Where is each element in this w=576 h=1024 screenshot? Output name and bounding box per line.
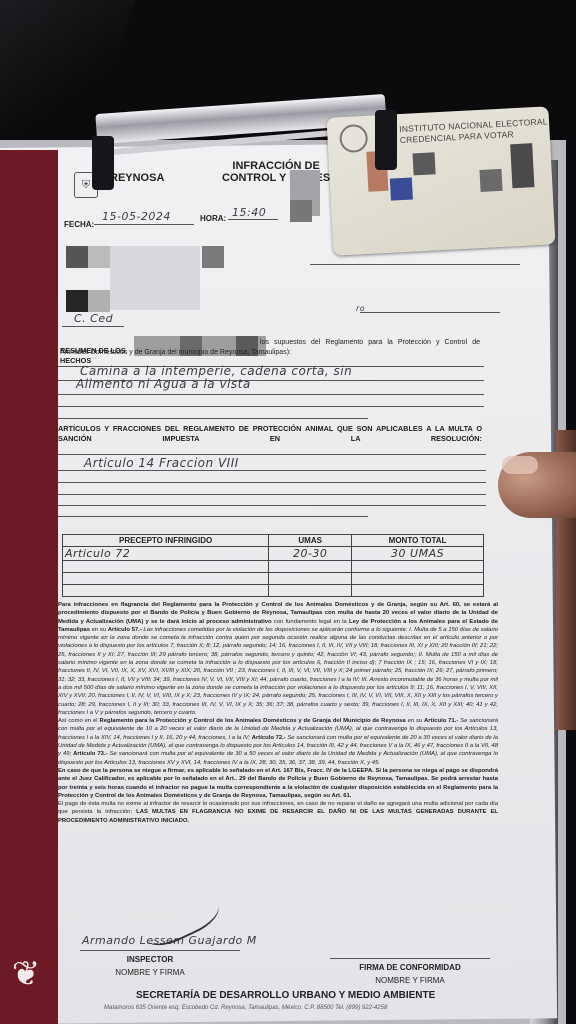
legal-p3: En caso de que la persona se niegue a fi… bbox=[58, 768, 498, 799]
articles-field[interactable]: Articulo 14 Fraccion VIII bbox=[84, 456, 239, 470]
table-row: Articulo 72 20-30 30 UMAS bbox=[63, 547, 484, 561]
date-label: FECHA: bbox=[64, 220, 94, 229]
clip-hook-right bbox=[375, 110, 397, 170]
clip-hook-left bbox=[92, 136, 114, 190]
articles-line bbox=[58, 482, 486, 483]
time-underline bbox=[228, 219, 278, 220]
legal-art73: Artículo 73.- bbox=[73, 751, 107, 757]
col-umas-header: UMAS bbox=[269, 535, 352, 547]
umas-cell[interactable] bbox=[269, 585, 352, 597]
maroon-side-band: ❦ bbox=[0, 150, 58, 1024]
time-field[interactable]: 15:40 bbox=[232, 206, 266, 219]
legal-paragraph-2: Así como en el Reglamento para la Protec… bbox=[58, 717, 498, 767]
umas-cell[interactable] bbox=[269, 573, 352, 585]
legal-art72: Artículo 72.- bbox=[252, 735, 286, 741]
name-field[interactable]: C. Ced bbox=[74, 312, 113, 325]
table-row bbox=[63, 573, 484, 585]
id-card-issuer: INSTITUTO NACIONAL ELECTORAL CREDENCIAL … bbox=[399, 116, 549, 146]
total-cell[interactable] bbox=[352, 573, 484, 585]
conformity-signature-line bbox=[330, 958, 490, 959]
voter-id-card: INSTITUTO NACIONAL ELECTORAL CREDENCIAL … bbox=[327, 106, 556, 255]
redacted-block bbox=[110, 246, 200, 310]
table-row bbox=[63, 561, 484, 573]
legal-p2-mid: en su bbox=[406, 718, 424, 724]
legal-text: Para infracciones en flagrancia del Regl… bbox=[58, 601, 498, 825]
conformity-role: FIRMA DE CONFORMIDAD bbox=[340, 963, 480, 972]
precept-cell[interactable]: Articulo 72 bbox=[63, 547, 269, 561]
col-precept-header: PRECEPTO INFRINGIDO bbox=[63, 535, 269, 547]
umas-cell[interactable] bbox=[269, 561, 352, 573]
field-underline bbox=[310, 264, 520, 265]
legal-art73-text: Se sancionará con multa por el equivalen… bbox=[58, 751, 498, 765]
articles-line bbox=[58, 454, 486, 455]
precept-cell[interactable] bbox=[63, 561, 269, 573]
legal-p2-bold: Reglamento para la Protección y Control … bbox=[99, 718, 405, 724]
legal-paragraph-1: Para infracciones en flagrancia del Regl… bbox=[58, 601, 498, 717]
summary-instructions: los supuestos del Reglamento para la Pro… bbox=[60, 338, 480, 358]
date-field[interactable]: 15-05-2024 bbox=[102, 210, 171, 223]
total-cell[interactable]: 30 UMAS bbox=[352, 547, 484, 561]
redacted-block bbox=[390, 178, 413, 201]
redacted-block bbox=[413, 152, 436, 175]
precept-cell[interactable] bbox=[63, 585, 269, 597]
time-label: HORA: bbox=[200, 214, 226, 223]
summary-line bbox=[58, 406, 484, 407]
articles-heading: ARTÍCULOS Y FRACCIONES DEL REGLAMENTO DE… bbox=[58, 424, 482, 444]
redacted-block bbox=[88, 246, 110, 268]
municipality-name: REYNOSA bbox=[110, 172, 164, 184]
inspector-signature-line bbox=[80, 950, 240, 951]
field-underline bbox=[360, 312, 500, 313]
articles-line bbox=[58, 505, 486, 506]
legal-paragraph-4: El pago de ésta multa no exime al infrac… bbox=[58, 800, 498, 825]
precept-cell[interactable] bbox=[63, 573, 269, 585]
inspector-name: Armando Lessem Guajardo M bbox=[82, 934, 257, 947]
articles-line bbox=[58, 516, 368, 517]
legal-p1-italic: Las infracciones cometidas por la violac… bbox=[58, 627, 498, 716]
thumbnail-highlight bbox=[502, 456, 538, 474]
redacted-block bbox=[290, 200, 312, 222]
redacted-block bbox=[510, 143, 534, 188]
name-underline bbox=[62, 326, 124, 327]
legal-p1-normal: con fundamento legal en la bbox=[272, 619, 349, 625]
inspector-caption: NOMBRE Y FIRMA bbox=[100, 968, 200, 977]
summary-line bbox=[58, 418, 368, 419]
total-cell[interactable] bbox=[352, 561, 484, 573]
fines-table: PRECEPTO INFRINGIDO UMAS MONTO TOTAL Art… bbox=[62, 534, 484, 597]
articles-line bbox=[58, 494, 486, 495]
eagle-emblem-icon: ❦ bbox=[6, 954, 46, 994]
table-row bbox=[63, 585, 484, 597]
redacted-block bbox=[202, 246, 224, 268]
department-name: SECRETARÍA DE DESARROLLO URBANO Y MEDIO … bbox=[136, 990, 435, 1001]
articles-line bbox=[58, 470, 486, 471]
total-cell[interactable] bbox=[352, 585, 484, 597]
legal-art71: Artículo 71.- bbox=[424, 718, 458, 724]
summary-text-line2[interactable]: Alimento ni Agua a la vista bbox=[76, 377, 251, 391]
legal-paragraph-3: En caso de que la persona se niegue a fi… bbox=[58, 767, 498, 800]
date-underline bbox=[94, 224, 194, 225]
umas-cell[interactable]: 20-30 bbox=[269, 547, 352, 561]
redacted-block bbox=[66, 246, 88, 268]
conformity-caption: NOMBRE Y FIRMA bbox=[360, 976, 460, 985]
summary-text-line1[interactable]: Camina a la intemperie, cadena corta, si… bbox=[80, 364, 352, 378]
legal-p1-article: Artículo 57.- bbox=[108, 627, 142, 633]
national-seal-icon bbox=[339, 124, 368, 153]
inspector-role: INSPECTOR bbox=[110, 955, 190, 964]
summary-line bbox=[58, 394, 484, 395]
legal-p1-tail: en su bbox=[90, 627, 108, 633]
department-address: Matamoros 635 Oriente esq. Escobedo Cd. … bbox=[104, 1005, 387, 1011]
legal-p2-lead: Así como en el bbox=[58, 718, 99, 724]
redacted-block bbox=[88, 290, 110, 312]
col-total-header: MONTO TOTAL bbox=[352, 535, 484, 547]
redacted-block bbox=[479, 169, 502, 192]
redacted-block bbox=[66, 290, 88, 312]
